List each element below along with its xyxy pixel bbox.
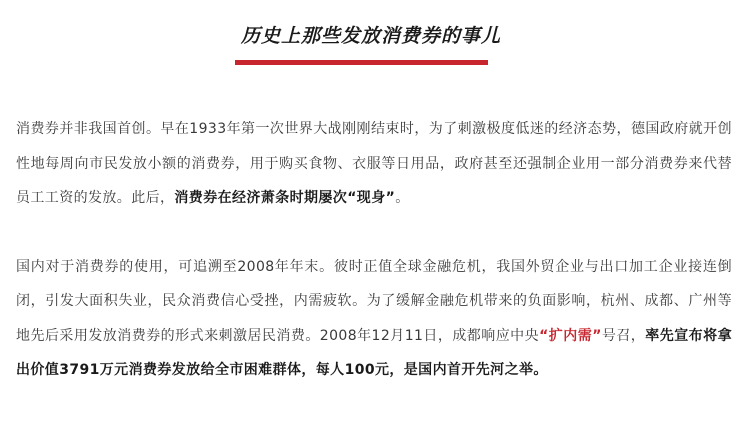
article-header: 历史上那些发放消费券的事儿 — [0, 22, 742, 50]
highlight-red-keyword: “扩内需” — [539, 328, 602, 344]
article-body: 消费券并非我国首创。早在1933年第一次世界大战刚刚结束时，为了刺激极度低迷的经… — [16, 112, 732, 388]
paragraph-text: 。 — [395, 190, 409, 206]
article-title: 历史上那些发放消费券的事儿 — [241, 22, 501, 50]
highlight-bold-text: 消费券在经济萧条时期屡次“现身” — [174, 190, 395, 206]
paragraph-history-origin: 消费券并非我国首创。早在1933年第一次世界大战刚刚结束时，为了刺激极度低迷的经… — [16, 112, 732, 216]
paragraph-text: 号召， — [602, 328, 645, 344]
paragraph-domestic-usage: 国内对于消费券的使用，可追溯至2008年年末。彼时正值全球金融危机，我国外贸企业… — [16, 250, 732, 388]
title-underline-divider — [235, 60, 488, 65]
